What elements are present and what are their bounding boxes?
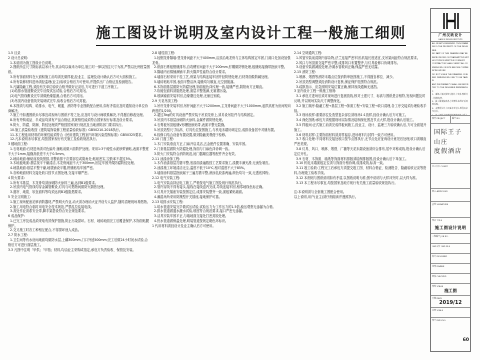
text-line: 5.吊顶造型尺寸标高、灯具孔位按图施工,与机电末端协调定位,成排设备居中对缝布置… — [152, 128, 292, 133]
project-name-line1: 国际王子山庄 — [434, 129, 468, 148]
drawing-number-value: 60 — [463, 338, 469, 343]
text-line: 1、承包方须以现场实际尺寸为准,图纸尺寸仅供参考。 — [432, 94, 469, 101]
text-line: 3.5 样板间:正式施工前须完成样板间施工,经业主、设计、监理三方验收确认后,方… — [294, 123, 428, 133]
drawing-number-cell: 图号 DWG NO. 60 — [431, 318, 470, 351]
company-name-cn: 广州汉欧设计 — [439, 33, 463, 37]
date-cell: 日期 DATE 2019/12 — [431, 296, 470, 308]
approve-cell: 审定 APPROVED — [431, 189, 470, 202]
text-line: 1.风管安装前清除内部杂物,法兰连接严密牢固,软接长度适宜,支吊架间距符合规范要… — [294, 56, 428, 61]
date-value: 2019/12 — [431, 300, 470, 306]
text-line: 3.3 凡图中注明「甲供」「甲指」材料,均由业主采购或指定,承包方负责验收、保管… — [8, 248, 150, 253]
text-line: 1 代用材料须经设计及业主确认后方可使用。 — [152, 224, 292, 229]
meta-number-label: 编号 NO. — [451, 116, 470, 123]
drawn-label: 制图 DRAWN — [432, 265, 444, 268]
text-line: 1.轻钢龙骨隔墙:竖龙骨间距不大于400mm,沿顶沿地龙骨与主体结构固定牢固,门… — [152, 56, 292, 66]
page-title: 施工图设计说明及室内设计工程一般施工细则 — [96, 22, 406, 46]
text-line: 1.石材地面:石材进场须对色编号,铺贴前做六面防护处理。采用1:3干硬性水泥砂浆… — [8, 147, 150, 157]
approve-label: 审定 APPROVED — [432, 190, 448, 193]
text-line: CONTRACTOR SHALL VERIFY ALL DIMENSIONS O… — [432, 63, 469, 73]
drawing-sheet: 施工图设计说明及室内设计工程一般施工细则 1.5 目录2 设计总说明: 1.本说… — [0, 0, 480, 360]
designed-cell: 设计 DESIGNED — [431, 254, 470, 264]
text-line: ALL RIGHTS RESERVED. THIS DRAWING IS THE… — [432, 43, 469, 53]
text-line: 3.8 灯具、风口、喷淋、烟感、广播等天花末端设备须综合排布,居中对称成线,报设… — [294, 147, 428, 157]
owner-cell: 业主单位 CLIENT — [431, 164, 470, 189]
text-line: 3.12 本细则与图纸说明如有矛盾,以图纸说明为准;图中说明与大样冲突时,以大样… — [294, 176, 428, 181]
text-line: 3.2 施工顺序:隐蔽工程→基层工程→饰面工程→安装工程→收口清理,各工序交接须… — [294, 104, 428, 114]
stage-value: 施工图 — [431, 288, 470, 294]
text-line: 6.本图须与结构、给排水、电气、暖通、消防等专业图纸配合使用,如有矛盾应及时通知… — [8, 104, 150, 114]
text-line: 以上说明,用户(业主)须仔细阅读并遵照执行。 — [294, 195, 428, 200]
text-line: 4.所有装修材料进场须经监理(业主)验收合格后方可使用,并提供出厂合格证及检测报… — [8, 80, 150, 85]
text-line: 3.11 竣工验收:工程完工后承包方须提交竣工图、材料合格证、检测报告、隐蔽验收… — [294, 166, 428, 176]
text-line: 2.图纸所注尺寸除标高以米计外,其余均以毫米为单位,施工时一律以图注尺寸为准,严… — [8, 65, 150, 75]
company-name: 广州汉欧设计 HANOU DESIGN INSTITUTE — [431, 33, 470, 42]
checked-cell: 审核 CHECKED — [431, 274, 470, 284]
drawing-title-cell: 图名 TITLE 施工图设计说明 — [431, 218, 470, 234]
text-line: 2、施工前须核对各专业图纸,如有矛盾及时反映。 — [432, 101, 469, 108]
spec-column-2: 2.8 墙柱面工程: 1.轻钢龙骨隔墙:竖龙骨间距不大于400mm,沿顶沿地龙骨… — [152, 51, 292, 351]
spec-column-1: 1.5 目录2 设计总说明: 1.本说明为施工图设计总说明。 2.图纸所注尺寸除… — [8, 51, 150, 351]
text-line: DO NOT SCALE THE DRAWING. FIGURED DIMENS… — [432, 74, 469, 84]
signature-cell: 会签 SIGNATURE — [431, 202, 470, 218]
text-line: ANY DISCREPANCY SHALL BE REPORTED TO THE… — [432, 84, 469, 94]
text-line: 1.卫生间等有水房间地面均做防水层,上翻300mm,门口外延500mm;完工后做… — [8, 238, 150, 248]
signature-label: 会签 SIGNATURE — [432, 203, 448, 206]
owner-label: 业主单位 CLIENT — [432, 165, 448, 168]
meta-row: 项目 PROJECT 编号 NO. — [431, 116, 470, 124]
project-name-line2: 度假酒店 — [434, 148, 468, 158]
title-block: 广州汉欧设计 HANOU DESIGN INSTITUTE ALL RIGHTS… — [430, 8, 471, 352]
cad-file-cell: CAD文件 CAD FILE — [431, 244, 470, 254]
text-line: NO PART OF THIS DRAWING MAY BE REPRODUCE… — [432, 53, 469, 63]
drawing-number-label: 图号 DWG NO. — [432, 319, 446, 322]
job-no-label: 工程编号 JOB NO. — [432, 235, 448, 238]
text-line: 3.7 收口处理:不同材料交接处收口按节点图执行,无节点处应征询设计意见后处理,… — [294, 137, 428, 147]
text-line: 3、本图所注尺寸以毫米为单位,标高以米为单位。 — [432, 108, 469, 115]
scale-label: 比例 SCALE — [432, 309, 443, 312]
copyright-notes: ALL RIGHTS RESERVED. THIS DRAWING IS THE… — [431, 42, 470, 116]
text-line: 3.墙面涂料基层批嵌腻子三遍打磨平整,滚涂乳胶漆两遍,颜色均匀一致,无透底掉粉。 — [152, 171, 292, 176]
stage-cell: 图别 STAGE 施工图 — [431, 284, 470, 296]
drawn-cell: 制图 DRAWN — [431, 264, 470, 274]
project-name: 国际王子山庄 度假酒店 — [431, 124, 470, 164]
company-logo — [431, 9, 470, 33]
logo-monogram-icon — [441, 13, 461, 29]
cad-file-label: CAD文件 CAD FILE — [432, 245, 450, 248]
meta-project-label: 项目 PROJECT — [431, 116, 451, 123]
drawing-title-label: 图名 TITLE — [432, 219, 442, 222]
text-line: 3.1 承包方进场后须对现场进行复测放线,核对土建尺寸、标高与图纸是否相符,发现… — [294, 94, 428, 104]
scale-cell: 比例 SCALE — [431, 308, 470, 318]
checked-label: 审核 CHECKED — [432, 275, 446, 278]
designed-label: 设计 DESIGNED — [432, 255, 447, 258]
text-line: 1.吊杆龙骨安装牢固,吊杆间距不大于1200mm,主龙骨间距不大于1000mm,… — [152, 104, 292, 114]
spec-column-3: 2.14 空调通风工程: 1.风管安装前清除内部杂物,法兰连接严密牢固,软接长度… — [294, 51, 428, 351]
job-no-cell: 工程编号 JOB NO. — [431, 234, 470, 244]
drawing-title-value: 施工图设计说明 — [431, 225, 470, 231]
text-line: 1.施工现场配备足够消防器材,严禁明火作业,动火须办理动火证并设专人监护,随时清… — [8, 200, 150, 205]
